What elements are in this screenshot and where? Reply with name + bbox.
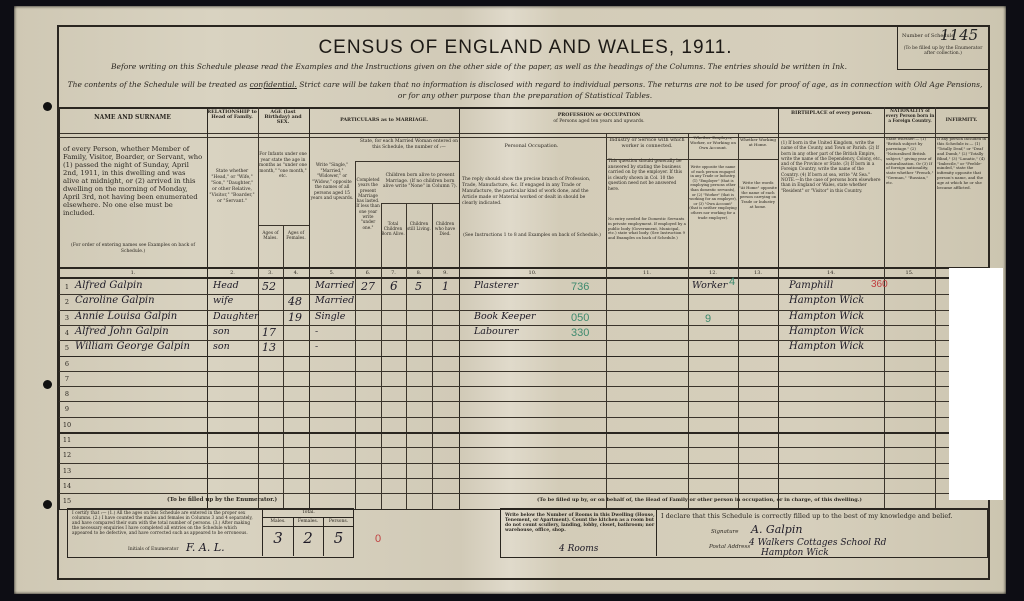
- employment-code: 4: [729, 276, 735, 288]
- census-schedule-page: CENSUS OF ENGLAND AND WALES, 1911. Befor…: [14, 6, 1006, 594]
- col-num-13: 13.: [738, 270, 778, 276]
- row-number: 6: [62, 360, 72, 368]
- header-birthplace: BIRTHPLACE of every person.: [779, 111, 884, 117]
- occupation-code: 736: [571, 281, 589, 293]
- header-infirmity-desc: If any person included in this Schedule …: [937, 137, 987, 191]
- relationship: wife: [213, 295, 233, 306]
- age-male: 52: [262, 280, 276, 293]
- row-number: 7: [62, 375, 72, 383]
- confidential-word: confidential.: [250, 80, 297, 89]
- occupation: Labourer: [474, 326, 519, 337]
- occupation-code: 330: [571, 327, 589, 339]
- birthplace: Hampton Wick: [789, 341, 864, 352]
- col-num-1: 1.: [59, 270, 207, 276]
- address-line1: 4 Walkers Cottages School Rd: [749, 538, 886, 548]
- declaration-text: I declare that this Schedule is correctl…: [661, 512, 952, 520]
- row-number: 14: [62, 482, 72, 490]
- males-total: 3: [263, 529, 293, 547]
- header-marital-desc: Write "Single," "Married," "Widower," or…: [310, 163, 354, 202]
- col-num-9: 9.: [432, 270, 459, 276]
- enumerator-heading: (To be filled up by the Enumerator.): [167, 497, 277, 503]
- punch-hole: [43, 500, 52, 509]
- document-title: CENSUS OF ENGLAND AND WALES, 1911.: [59, 37, 992, 59]
- age-female: 19: [288, 311, 302, 324]
- row-number: 9: [62, 405, 72, 413]
- row-number: 11: [62, 436, 72, 444]
- occupation: Book Keeper: [474, 311, 536, 322]
- row-number: 13: [62, 467, 72, 475]
- header-at-home-desc: Write the words "At Home" opposite the n…: [739, 181, 777, 210]
- header-nationality-desc: State whether:— (1) "British subject by …: [886, 137, 934, 186]
- header-profession-sub: of Persons aged ten years and upwards.: [459, 119, 739, 125]
- row-number: 15: [62, 497, 72, 505]
- schedule-number-box: Number of Schedule 1145 (To be filled up…: [897, 27, 988, 70]
- header-at-home: Whether Working at Home.: [739, 137, 777, 147]
- signature-value: A. Galpin: [751, 523, 802, 536]
- age-female: 48: [288, 295, 302, 308]
- total-label: Total.: [263, 510, 354, 515]
- header-children-total: Total Children Born Alive.: [381, 221, 405, 236]
- address-label: Postal Address: [709, 544, 750, 550]
- males-label: Males.: [263, 519, 293, 524]
- header-name: NAME AND SURNAME: [59, 115, 206, 121]
- header-nationality: NATIONALITY of every Person born in a Fo…: [885, 109, 935, 123]
- signature-label: Signature: [711, 529, 739, 535]
- col-num-14: 14.: [778, 270, 884, 276]
- header-children-born: Children born alive to present Marriage.…: [381, 173, 459, 190]
- children-died: 1: [442, 280, 449, 293]
- schedule-number-note: (To be filled up by the Enumerator after…: [900, 46, 986, 56]
- birthplace: Hampton Wick: [789, 295, 864, 306]
- confidential-pre: The contents of the Schedule will be tre…: [68, 80, 250, 89]
- persons-total: 5: [323, 529, 354, 547]
- header-age-males: Ages of Males.: [259, 231, 282, 241]
- household-heading: (To be filled up by, or on behalf of, th…: [537, 497, 862, 503]
- col-num-7: 7.: [381, 270, 406, 276]
- punch-hole: [43, 380, 52, 389]
- col-num-6: 6.: [355, 270, 381, 276]
- person-name: Caroline Galpin: [75, 295, 155, 306]
- schedule-frame: CENSUS OF ENGLAND AND WALES, 1911. Befor…: [57, 25, 990, 580]
- relationship: Head: [213, 280, 239, 291]
- header-birthplace-desc: (1) If born in the United Kingdom, write…: [781, 140, 883, 193]
- birthplace: Pamphill: [789, 280, 833, 291]
- col-num-5: 5.: [309, 270, 355, 276]
- relationship: son: [213, 341, 230, 352]
- age-male: 13: [262, 341, 276, 354]
- col-num-2: 2.: [207, 270, 258, 276]
- initials-label: Initials of Enumerator: [128, 547, 179, 552]
- header-years-married: Completed years the present Marriage has…: [356, 177, 380, 230]
- occupation: Plasterer: [474, 280, 518, 291]
- employment-code: 9: [705, 313, 711, 325]
- schedule-number-value: 1145: [940, 26, 978, 44]
- females-label: Females.: [293, 519, 323, 524]
- header-industry-note: No entry needed for Domestic Servants in…: [608, 217, 686, 241]
- header-employer-desc: Write opposite the name of each person e…: [689, 165, 737, 220]
- col-num-11: 11.: [606, 270, 688, 276]
- header-personal-occupation-desc: The reply should show the precise branch…: [462, 177, 602, 207]
- marital-status: Single: [315, 311, 345, 322]
- marital-status: Married: [315, 295, 354, 306]
- header-age-females: Ages of Females.: [284, 231, 308, 241]
- header-marriage: PARTICULARS as to MARRIAGE.: [309, 117, 459, 123]
- children-living: 5: [415, 280, 422, 293]
- certify-text: I certify that :— (1.) All the ages on t…: [72, 511, 258, 536]
- instruction-line: Before writing on this Schedule please r…: [59, 62, 899, 71]
- header-age-desc: For Infants under one year state the age…: [259, 152, 307, 180]
- occupation-code: 050: [571, 312, 589, 324]
- address-line2: Hampton Wick: [761, 548, 829, 558]
- punch-hole: [43, 102, 52, 111]
- row-number: 12: [62, 451, 72, 459]
- header-industry: Industry or Service with which worker is…: [607, 138, 687, 150]
- confidential-post: Strict care will be taken that no inform…: [297, 80, 982, 100]
- employment-status: Worker: [692, 280, 727, 291]
- census-table: NAME AND SURNAME of every Person, whethe…: [59, 107, 988, 505]
- row-number: 8: [62, 390, 72, 398]
- marital-status: Married: [315, 280, 354, 291]
- header-personal-occupation-note: (See Instructions 1 to 8 and Examples on…: [462, 233, 602, 239]
- rooms-value: 4 Rooms: [559, 544, 598, 554]
- children-total: 6: [390, 279, 398, 293]
- header-children-living: Children still Living.: [407, 221, 431, 231]
- col-num-15: 15.: [884, 270, 935, 276]
- household-declaration-box: Write below the Number of Rooms in this …: [500, 508, 988, 558]
- header-name-note: (For order of entering names see Example…: [63, 243, 203, 255]
- relationship: son: [213, 326, 230, 337]
- header-children-died: Children who have Died.: [433, 221, 457, 236]
- relationship: Daughter: [213, 311, 259, 322]
- row-number: 4: [62, 329, 72, 337]
- person-name: Alfred John Galpin: [75, 326, 169, 337]
- col-num-8: 8.: [406, 270, 432, 276]
- person-name: William George Galpin: [75, 341, 190, 352]
- header-industry-desc: This question should generally be answer…: [608, 159, 686, 192]
- rooms-instruction: Write below the Number of Rooms in this …: [505, 513, 655, 533]
- header-infirmity: INFIRMITY.: [935, 117, 988, 123]
- header-name-desc: of every Person, whether Member of Famil…: [63, 145, 203, 217]
- marital-status: -: [315, 326, 318, 337]
- totals-box: Total. Males. Females. Persons. 3 2 5: [262, 509, 354, 556]
- header-profession: PROFESSION or OCCUPATION: [459, 112, 739, 118]
- red-tally-mark: 0: [375, 533, 381, 545]
- birthplace: Hampton Wick: [789, 311, 864, 322]
- col-num-10: 10.: [459, 270, 606, 276]
- col-num-4: 4.: [283, 270, 309, 276]
- header-relationship-desc: State whether "Head," or "Wife," "Son," …: [209, 169, 255, 205]
- header-married-woman: State, for each Married Woman entered on…: [359, 139, 459, 150]
- age-male: 17: [262, 326, 276, 339]
- birthplace: Hampton Wick: [789, 326, 864, 337]
- confidentiality-notice: The contents of the Schedule will be tre…: [65, 79, 985, 101]
- header-age: AGE (last Birthday) and SEX.: [258, 110, 308, 125]
- header-personal-occupation: Personal Occupation.: [459, 143, 604, 149]
- birthplace-code: 360: [871, 279, 888, 290]
- row-number: 3: [62, 314, 72, 322]
- initials-value: F. A. L.: [186, 541, 225, 554]
- person-name: Annie Louisa Galpin: [75, 311, 177, 322]
- person-name: Alfred Galpin: [75, 280, 143, 291]
- col-num-3: 3.: [258, 270, 283, 276]
- redacted-area: [949, 268, 1003, 500]
- row-number: 1: [62, 283, 72, 291]
- marital-status: -: [315, 341, 318, 352]
- header-relationship: RELATIONSHIP to Head of Family.: [207, 110, 257, 120]
- row-number: 2: [62, 298, 72, 306]
- years-married: 27: [361, 280, 375, 293]
- enumerator-certificate: I certify that :— (1.) All the ages on t…: [67, 508, 354, 558]
- row-number: 10: [62, 421, 72, 429]
- females-total: 2: [293, 529, 323, 547]
- persons-label: Persons.: [323, 519, 354, 524]
- row-number: 5: [62, 344, 72, 352]
